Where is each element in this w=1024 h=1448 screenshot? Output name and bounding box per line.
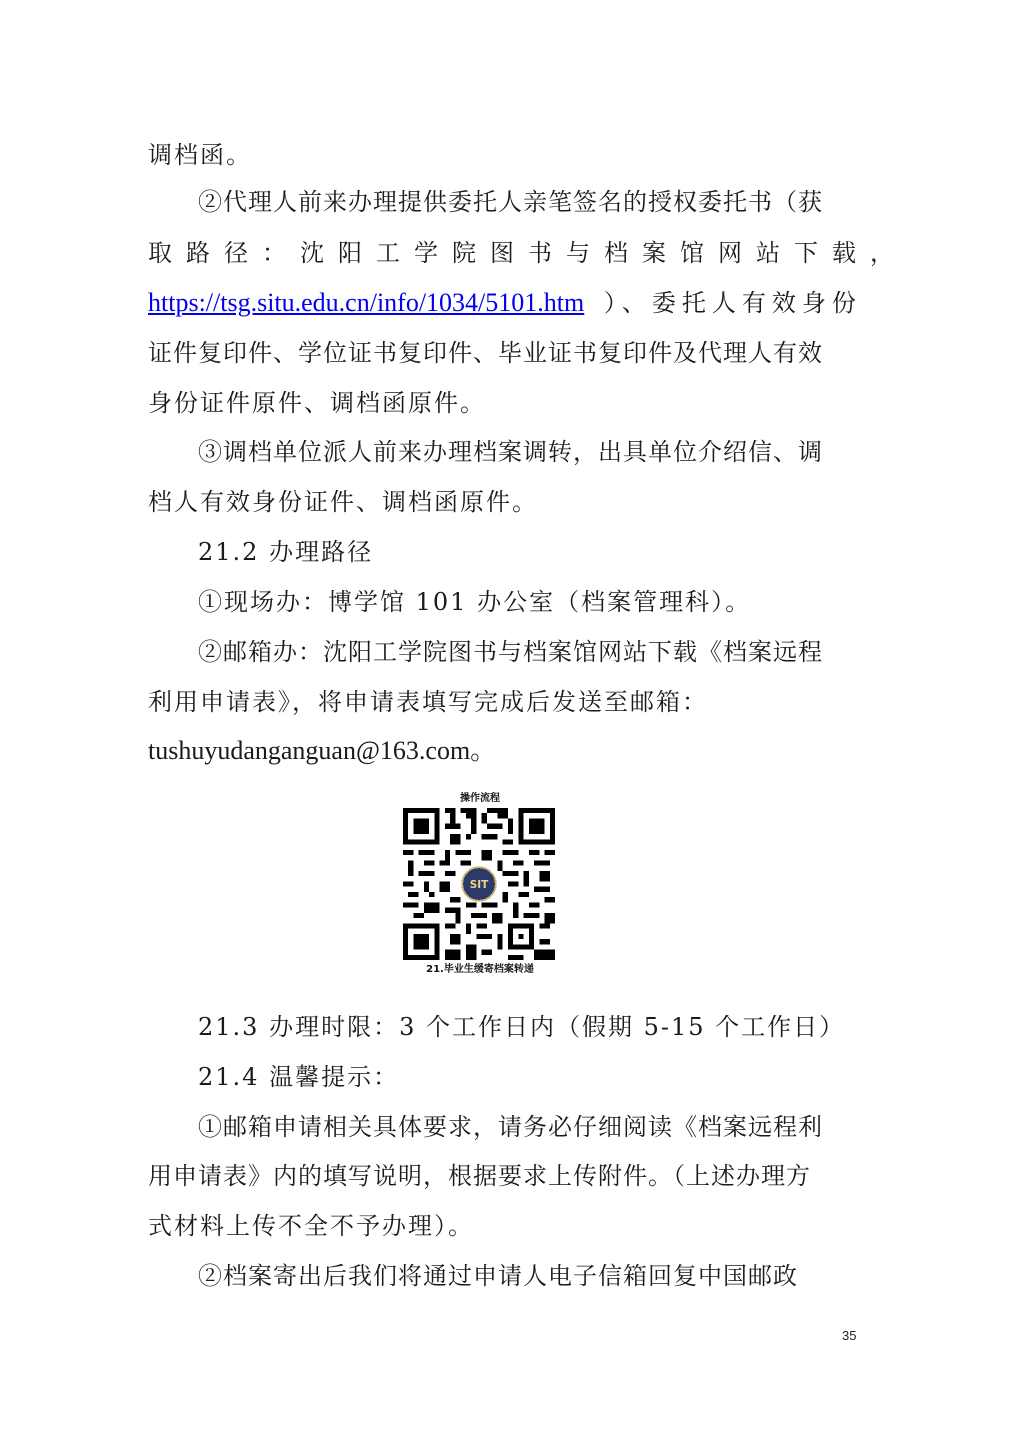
text-line: ①现场办：博学馆 101 办公室（档案管理科）。 [198,587,878,617]
text-line: ②档案寄出后我们将通过申请人电子信箱回复中国邮政 [198,1261,878,1291]
text-line: 用申请表》内的填写说明，根据要求上传附件。（上述办理方 [148,1161,878,1191]
qr-code-image[interactable]: SIT [403,808,555,960]
center-logo-text: SIT [470,879,489,891]
text-line: 身份证件原件、调档函原件。 [148,388,878,418]
qr-code-block: 操作流程 [395,790,565,980]
text-line: 式材料上传不全不予办理）。 [148,1211,878,1241]
qr-title: 操作流程 [395,792,565,806]
page-number: 35 [842,1328,856,1343]
text-line: ③调档单位派人前来办理档案调转，出具单位介绍信、调 [198,437,878,467]
text-line: ②邮箱办：沈阳工学院图书与档案馆网站下载《档案远程 [198,637,878,667]
download-link[interactable]: https://tsg.situ.edu.cn/info/1034/5101.h… [148,288,584,317]
text-line: 取路径：沈阳工学院图书与档案馆网站下载， [148,238,878,268]
document-page: 调档函。 ②代理人前来办理提供委托人亲笔签名的授权委托书（获 取路径：沈阳工学院… [0,0,1024,1448]
text-line: ②代理人前来办理提供委托人亲笔签名的授权委托书（获 [198,187,878,217]
email-address: tushuyudanganguan@163.com。 [148,736,878,766]
text-line: 档人有效身份证件、调档函原件。 [148,487,878,517]
text-line-with-link: https://tsg.situ.edu.cn/info/1034/5101.h… [148,288,878,318]
text-line: 调档函。 [148,140,878,170]
qr-caption: 21.毕业生缓寄档案转递 [395,963,565,977]
text-line: 利用申请表》，将申请表填写完成后发送至邮箱： [148,687,878,717]
text-line: ①邮箱申请相关具体要求，请务必仔细阅读《档案远程利 [198,1112,878,1142]
section-heading: 21.3 办理时限：3 个工作日内（假期 5-15 个工作日） [198,1012,878,1042]
section-heading: 21.2 办理路径 [198,537,878,567]
text-fragment: ）、委托人有效身份 [604,289,862,317]
text-line: 证件复印件、学位证书复印件、毕业证书复印件及代理人有效 [148,338,878,368]
section-heading: 21.4 温馨提示： [198,1062,878,1092]
